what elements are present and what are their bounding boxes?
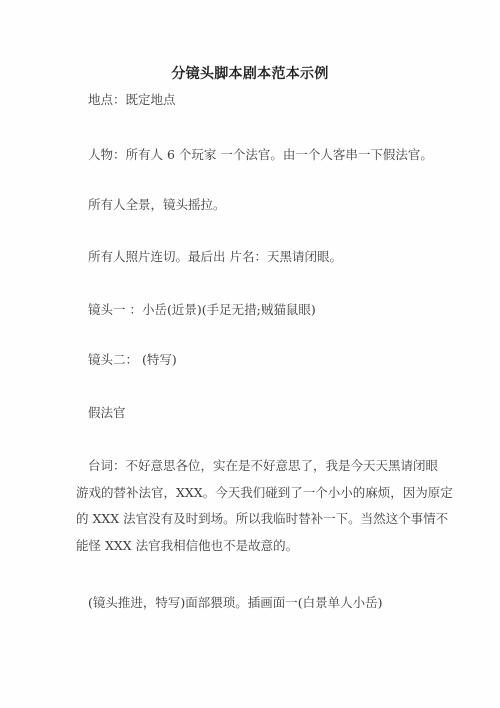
scene-wide-shot-line: 所有人全景，镜头摇拉。	[88, 196, 226, 214]
location-line: 地点：既定地点	[88, 91, 176, 109]
document-page: 分镜头脚本剧本范本示例 地点：既定地点 人物：所有人 6 个玩家 一个法官。由一…	[0, 0, 500, 708]
dialogue-line: 游戏的替补法官，XXX。今天我们碰到了一个小小的麻烦，因为原定	[76, 480, 426, 507]
dialogue-line: 台词：不好意思各位，实在是不好意思了，我是今天天黑请闭眼	[76, 453, 426, 480]
photo-cut-line: 所有人照片连切。最后出 片名：天黑请闭眼。	[88, 248, 342, 266]
shot-two-line: 镜头二： (特写)	[88, 351, 177, 369]
shot-one-line: 镜头一 ：小岳(近景)(手足无措;贼猫鼠眼)	[88, 301, 316, 319]
dialogue-line: 能怪 XXX 法官我相信他也不是故意的。	[76, 533, 426, 560]
document-title: 分镜头脚本剧本范本示例	[0, 64, 500, 84]
dialogue-paragraph: 台词：不好意思各位，实在是不好意思了，我是今天天黑请闭眼 游戏的替补法官，XXX…	[76, 453, 426, 559]
characters-line: 人物：所有人 6 个玩家 一个法官。由一个人客串一下假法官。	[88, 146, 433, 164]
fake-judge-heading: 假法官	[88, 404, 126, 422]
closing-shot-line: (镜头推进，特写)面部猥琐。插画面一(白景单人小岳)	[88, 594, 383, 612]
dialogue-line: 的 XXX 法官没有及时到场。所以我临时替补一下。当然这个事情不	[76, 506, 426, 533]
